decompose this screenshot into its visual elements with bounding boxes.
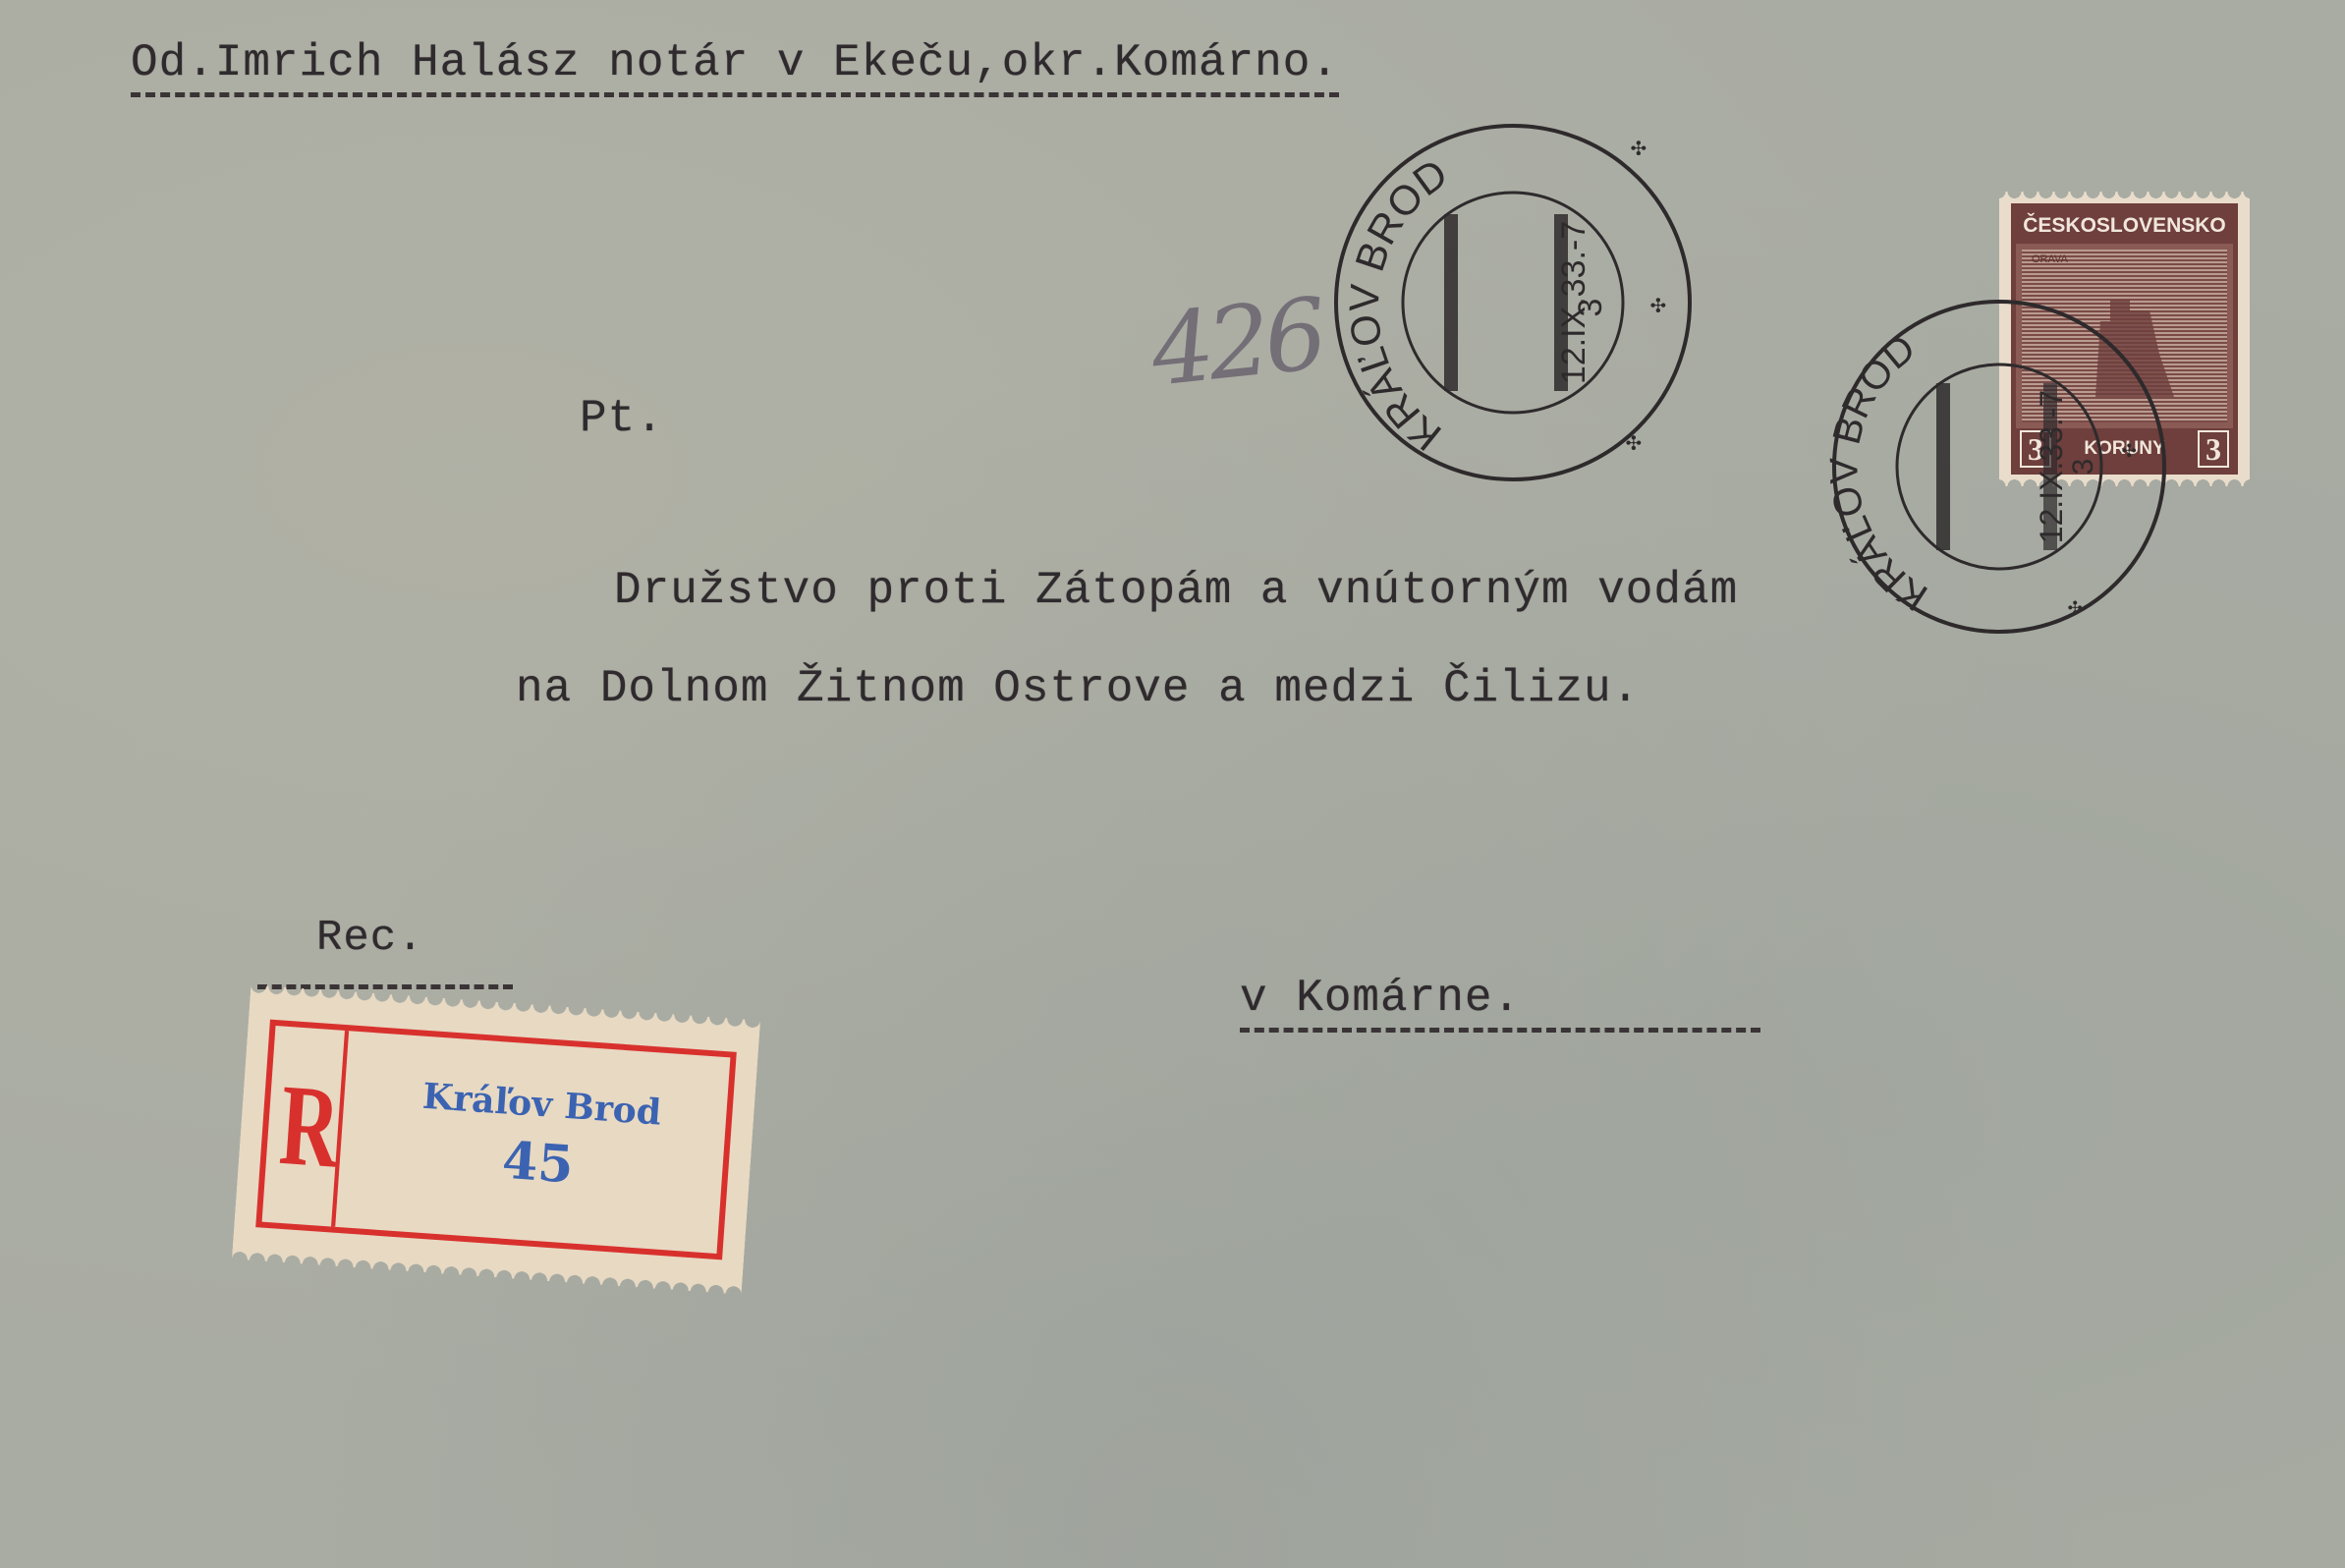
sender-address: Od.Imrich Halász notár v Ekeču,okr.Komár… (131, 37, 1339, 97)
recipient-line-1: Družstvo proti Zátopám a vnútorným vodám (614, 565, 1738, 616)
registered-mark: Rec. (316, 914, 424, 963)
svg-text:✣: ✣ (1631, 134, 1647, 163)
svg-text:✣: ✣ (2122, 438, 2137, 465)
svg-text:3: 3 (1572, 299, 1609, 317)
stamp-caption: ORAVA (2032, 253, 2068, 265)
envelope: Od.Imrich Halász notár v Ekeču,okr.Komár… (0, 0, 2345, 1568)
svg-text:✣: ✣ (1626, 428, 1642, 458)
svg-text:3: 3 (2067, 459, 2099, 476)
stamp-country: ČESKOSLOVENSKO (2016, 208, 2233, 244)
postmark-1: KRÁĽOV BROD 12.IX.33.-7 3 ✣ ✣ ✣ (1326, 116, 1700, 489)
registration-letter: R (275, 1027, 349, 1227)
svg-text:KRÁĽOV BROD: KRÁĽOV BROD (1340, 149, 1455, 460)
svg-text:✣: ✣ (2068, 595, 2083, 622)
registration-number: 45 (500, 1130, 575, 1195)
recipient-city: v Komárne. (1240, 973, 1760, 1033)
svg-text:✣: ✣ (1650, 291, 1666, 320)
stamp-value-right: 3 (2198, 430, 2229, 468)
salutation: Pt. (580, 393, 664, 444)
svg-text:KRÁĽOV BROD: KRÁĽOV BROD (1822, 326, 1934, 619)
postmark-circle-icon: KRÁĽOV BROD 12.IX.33.-7 3 ✣ ✣ ✣ (1326, 116, 1700, 489)
registration-office: Kráľov Brod (421, 1075, 663, 1133)
postmark-2: KRÁĽOV BROD 12.IX.33.-7 3 ✣ ✣ (1822, 290, 2176, 644)
registration-label: R Kráľov Brod 45 (232, 984, 760, 1295)
svg-text:12.IX.33.-7: 12.IX.33.-7 (2034, 390, 2069, 544)
postmark-circle-icon: KRÁĽOV BROD 12.IX.33.-7 3 ✣ ✣ (1822, 290, 2176, 644)
recipient-line-2: na Dolnom Žitnom Ostrove a medzi Čilizu. (516, 663, 1640, 714)
handwritten-note: 426 (1145, 276, 1326, 408)
